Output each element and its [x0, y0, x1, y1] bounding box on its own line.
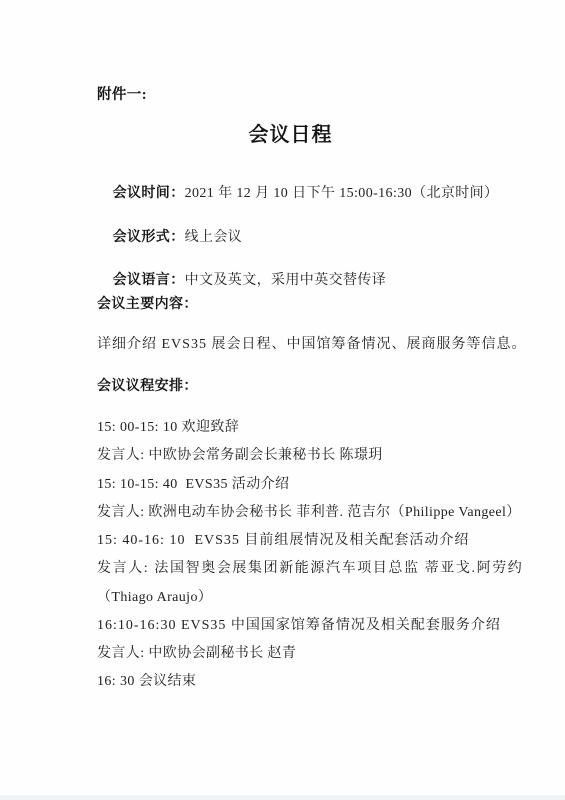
agenda-item-time: 16:10-16:30 EVS35 中国国家馆筹备情况及相关配套服务介绍 [97, 618, 501, 634]
scan-edge-artifact [0, 795, 565, 800]
meeting-language-label: 会议语言： [113, 273, 185, 288]
page-title: 会议日程 [8, 124, 565, 147]
meeting-format-line: 会议形式：线上会议 [97, 214, 242, 262]
meeting-time-line: 会议时间：2021 年 12 月 10 日下午 15:00-16:30（北京时间… [97, 170, 498, 218]
meeting-format-label: 会议形式： [113, 230, 185, 245]
agenda-speaker-line: 发言人: 欧洲电动车协会秘书长 菲利普. 范吉尔（Philippe Vangee… [97, 505, 521, 521]
meeting-time-value: 2021 年 12 月 10 日下午 15:00-16:30（北京时间） [185, 186, 499, 201]
agenda-item-time: 15: 40-16: 10 EVS35 目前组展情况及相关配套活动介绍 [97, 533, 469, 549]
agenda-section-heading: 会议议程安排： [97, 379, 198, 395]
content-section-heading: 会议主要内容： [97, 297, 198, 313]
agenda-item-time: 15: 10-15: 40 EVS35 活动介绍 [97, 477, 289, 493]
meeting-language-value: 中文及英文，采用中英交替传译 [185, 273, 387, 288]
agenda-speaker-name-latin: （Thiago Araujo） [97, 590, 212, 606]
agenda-speaker-line: 发言人: 法国智奥会展集团新能源汽车项目总监 蒂亚戈.阿劳约 [97, 561, 523, 577]
attachment-label: 附件一: [97, 87, 147, 103]
agenda-speaker-line: 发言人: 中欧协会常务副会长兼秘书长 陈璟玥 [97, 448, 383, 464]
content-description: 详细介绍 EVS35 展会日程、中国馆筹备情况、展商服务等信息。 [97, 337, 526, 353]
document-page: 附件一: 会议日程 会议时间：2021 年 12 月 10 日下午 15:00-… [0, 0, 565, 800]
agenda-speaker-line: 发言人: 中欧协会副秘书长 赵青 [97, 646, 296, 662]
meeting-time-label: 会议时间： [113, 186, 185, 201]
meeting-format-value: 线上会议 [185, 230, 243, 245]
agenda-item-time: 15: 00-15: 10 欢迎致辞 [97, 420, 239, 436]
agenda-item-time: 16: 30 会议结束 [97, 674, 196, 690]
